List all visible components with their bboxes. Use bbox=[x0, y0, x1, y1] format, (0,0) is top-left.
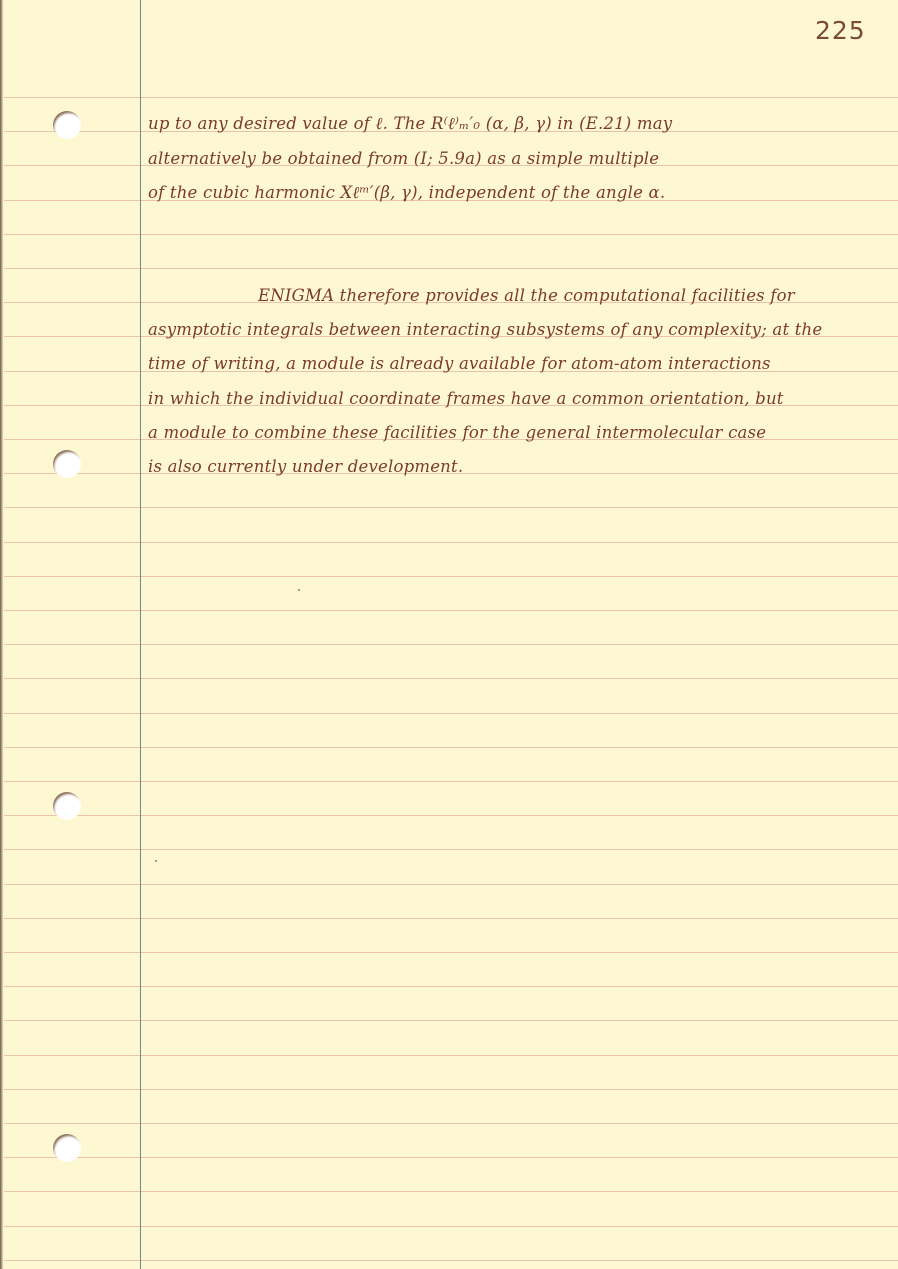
ruled-line bbox=[4, 1020, 898, 1021]
margin-line bbox=[140, 0, 141, 1269]
binder-hole-2 bbox=[53, 450, 81, 478]
binder-hole-1 bbox=[53, 111, 81, 139]
ruled-line bbox=[4, 610, 898, 611]
ruled-line bbox=[4, 747, 898, 748]
paragraph-2-line-4: in which the individual coordinate frame… bbox=[148, 389, 878, 408]
paragraph-1-line-3: of the cubic harmonic Xℓᵐ′(β, γ), indepe… bbox=[148, 183, 878, 203]
ruled-line bbox=[4, 1157, 898, 1158]
ruled-line bbox=[4, 986, 898, 987]
ruled-line bbox=[4, 952, 898, 953]
binder-hole-4 bbox=[53, 1134, 81, 1162]
ruled-line bbox=[4, 1226, 898, 1227]
ruled-line bbox=[4, 884, 898, 885]
ruled-line bbox=[4, 849, 898, 850]
ruled-line bbox=[4, 678, 898, 679]
paper-speck bbox=[298, 589, 300, 591]
ruled-line bbox=[4, 815, 898, 816]
ruled-line bbox=[4, 542, 898, 543]
paragraph-2-line-2: asymptotic integrals between interacting… bbox=[148, 320, 878, 339]
ruled-line bbox=[4, 1260, 898, 1261]
ruled-line bbox=[4, 1055, 898, 1056]
ruled-line bbox=[4, 268, 898, 269]
ruled-line bbox=[4, 713, 898, 714]
paragraph-1-line-1: up to any desired value of ℓ. The R⁽ℓ⁾ₘ′… bbox=[148, 114, 878, 134]
ruled-line bbox=[4, 97, 898, 98]
paragraph-2-line-3: time of writing, a module is already ava… bbox=[148, 354, 878, 373]
paragraph-2-line-5: a module to combine these facilities for… bbox=[148, 423, 878, 442]
paper-speck bbox=[155, 860, 157, 862]
paragraph-2-line-6: is also currently under development. bbox=[148, 457, 878, 476]
ruled-line bbox=[4, 918, 898, 919]
ruled-line bbox=[4, 644, 898, 645]
ruled-line bbox=[4, 507, 898, 508]
page-number: 225 bbox=[815, 16, 866, 45]
paragraph-1-line-2: alternatively be obtained from (I; 5.9a)… bbox=[148, 149, 878, 168]
ruled-line bbox=[4, 576, 898, 577]
ruled-line bbox=[4, 234, 898, 235]
ruled-line bbox=[4, 781, 898, 782]
notebook-page: 225 up to any desired value of ℓ. The R⁽… bbox=[0, 0, 898, 1269]
ruled-line bbox=[4, 1089, 898, 1090]
binder-hole-3 bbox=[53, 792, 81, 820]
ruled-line bbox=[4, 1123, 898, 1124]
ruled-line bbox=[4, 1191, 898, 1192]
paragraph-2-line-1: ENIGMA therefore provides all the comput… bbox=[148, 286, 898, 305]
